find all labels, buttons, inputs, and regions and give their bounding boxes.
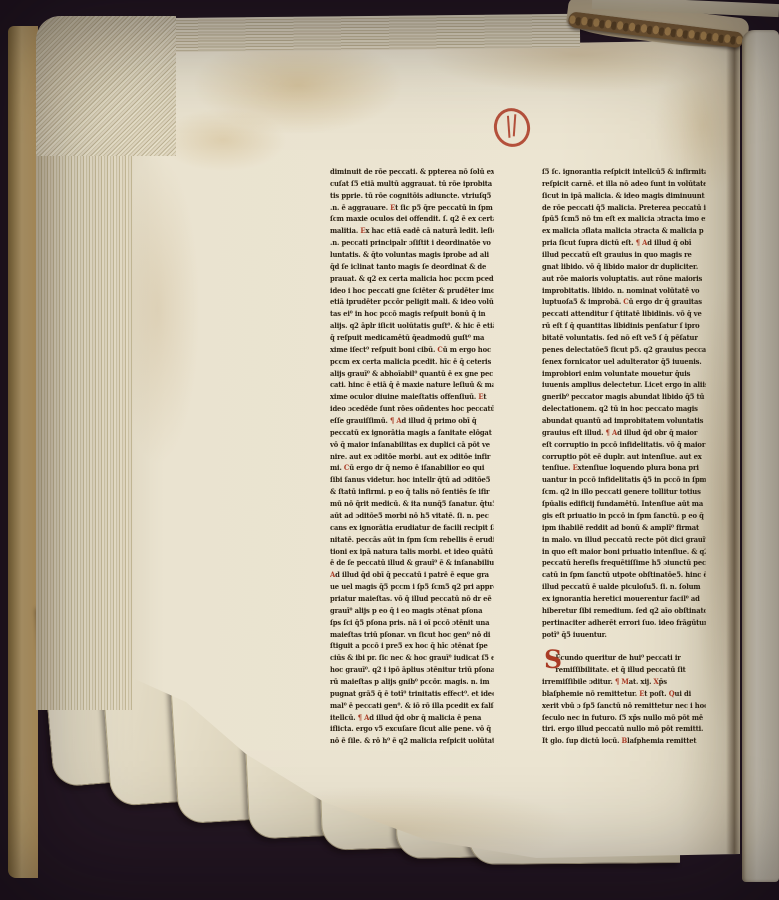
text-column-left: diminuit de rōe peccati. & ppterea nō ſo… bbox=[330, 166, 494, 747]
text-line: reſpicit carnē. et illa nō adeo ſunt in … bbox=[542, 178, 706, 190]
text-line: xime oculor diuine maieſtatis offenſiuū.… bbox=[330, 391, 494, 403]
text-line: tis pprie. tū rōe cognitōis adiuncte. vt… bbox=[330, 190, 494, 202]
text-line: illud peccatū eſt grauius in quo magis r… bbox=[542, 249, 706, 261]
text-line: etiā iprudēter pccōr peligit mali. & ide… bbox=[330, 296, 494, 308]
text-line: ſeculo nec in futuro. ſ5 xp̄s nullo mō p… bbox=[542, 712, 706, 724]
text-line: ciūs & ibi pr. ſic nec & hoc grauī⁰ iudi… bbox=[330, 652, 494, 664]
text-line: ſicut in ipā malicia. & ideo magis dimin… bbox=[542, 190, 706, 202]
text-line: ſps ſci q̄5 pſona pris. nā i oī pccō ɔtē… bbox=[330, 617, 494, 629]
text-line: ex malicia ɔflata malicia ɔtracta & mali… bbox=[542, 225, 706, 237]
text-line: It glo. ſup dictū locū. Blaſphemia remit… bbox=[542, 735, 706, 747]
text-column-right: ſ5 ſc. ignorantia reſpicit intellcū5 & i… bbox=[542, 166, 706, 747]
text-line: tioni ex ipā natura talis morbi. et ideo… bbox=[330, 546, 494, 558]
text-line: rū eſt ſ q̄ quantitas libidinis penſatur… bbox=[542, 320, 706, 332]
text-line: ſcm maxie oculos dei offendit. ſ. q2 ē e… bbox=[330, 213, 494, 225]
text-line: cati. hinc ē etiā q̄ ē maxie nature leſi… bbox=[330, 379, 494, 391]
text-line: ideo i hoc peccati gne ſciēter & prudēte… bbox=[330, 285, 494, 297]
rubric-initial: S bbox=[544, 649, 562, 671]
text-line: tiri. ergo illud peccatū nullo mō pōt re… bbox=[542, 723, 706, 735]
text-line: ſ5 ſc. ignorantia reſpicit intellcū5 & i… bbox=[542, 166, 706, 178]
text-line bbox=[542, 640, 706, 652]
text-line: diminuit de rōe peccati. & ppterea nō ſo… bbox=[330, 166, 494, 178]
text-line: mi. Cū ergo dr q̄ nemo ē iſanabilior eo … bbox=[330, 462, 494, 474]
text-line: remiſſibilitate. et q̄ illud peccatū ſit bbox=[542, 664, 706, 676]
text-line: ē de ſe peccatū illud & grauī⁰ ē & inſan… bbox=[330, 557, 494, 569]
page-edges-corner bbox=[36, 16, 176, 156]
text-line: gnat libido. vō q̄ libido maior dr dupli… bbox=[542, 261, 706, 273]
text-line: pugnat grā5 q̄ ē totī⁰ trinitatis effect… bbox=[330, 688, 494, 700]
text-line: maieſtas triū pſonar. vn ſicut hoc gen⁰ … bbox=[330, 629, 494, 641]
text-line: gis eſt priuatio in pccō in ſpm ſanctū. … bbox=[542, 510, 706, 522]
text-line: tas ei⁰ in hoc pccō magis reſpuit bonū q… bbox=[330, 308, 494, 320]
text-line: catū in ſpm ſanctū utpote obſtinatōe5. h… bbox=[542, 569, 706, 581]
text-line: hoc grauī⁰. q2 i ipō āplius ɔtēnitur tri… bbox=[330, 664, 494, 676]
text-line: cans ex ignorātia erudiatur de facili re… bbox=[330, 522, 494, 534]
text-line: aūt ad ɔditōe5 morbi nō h5 vitatē. ſi. n… bbox=[330, 510, 494, 522]
text-line: de rōe peccati q̄5 malicia. Preterea pec… bbox=[542, 202, 706, 214]
text-line: ue uel magis q̄5 pccm i ſp5 ſcm5 q2 pri … bbox=[330, 581, 494, 593]
text-line: ideo ɔcedēde ſunt rōes oñdentes hoc pecc… bbox=[330, 403, 494, 415]
text-line: pria ſicut ſupra dictū eſt. ¶ Ad illud q… bbox=[542, 237, 706, 249]
gutter-crease bbox=[726, 36, 740, 854]
text-line: in quo eſt maior boni priuatio intenſiue… bbox=[542, 546, 706, 558]
text-line: penes delectatōe5 ſicut p5. q2 grauius p… bbox=[542, 344, 706, 356]
page-edges-top bbox=[150, 14, 580, 53]
text-line: improbitatis. libido. n. nominat volūtat… bbox=[542, 285, 706, 297]
text-line: q̄d ſe iclinat tanto magis ſe deordinat … bbox=[330, 261, 494, 273]
text-line: abundat quantū ad improbitatem voluntati… bbox=[542, 415, 706, 427]
text-line: iuuenis amplius delectetur. Licet ergo i… bbox=[542, 379, 706, 391]
text-line: vō q̄ maior inſanabilitas ex duplici cā … bbox=[330, 439, 494, 451]
text-line: gnerib⁰ peccator magis abundat libido q̄… bbox=[542, 391, 706, 403]
text-line: xerit vbū ɔ ſp5 ſanctū nō remittetur nec… bbox=[542, 700, 706, 712]
text-line: Ad illud q̄d obī q̄ peccatū i patrē ē eq… bbox=[330, 569, 494, 581]
text-line: grauī⁰ alijs p eo q̄ i eo magis ɔtēnat p… bbox=[330, 605, 494, 617]
text-line: alijs grauī⁰ & abhoīabil⁰ quantū ē ex gn… bbox=[330, 368, 494, 380]
text-line: eſt corruptio in pccō infidelitatis. vō … bbox=[542, 439, 706, 451]
text-line: potī⁰ q̄5 iuuentur. bbox=[542, 629, 706, 641]
text-line: eſſe grauiſſimū. ¶ Ad illud q̄ primo obī… bbox=[330, 415, 494, 427]
text-line: improbiori enim voluntate mouetur q̄uis bbox=[542, 368, 706, 380]
text-line: alijs. q2 āplr iſicit uolūtatis guſt⁰. &… bbox=[330, 320, 494, 332]
text-line: priatur maieſtas. vō q̄ illud peccatū nō… bbox=[330, 593, 494, 605]
text-line: hiberetur ſibi remedium. ſed q2 aīo obſt… bbox=[542, 605, 706, 617]
text-line: rū maieſtas p alijs gnib⁰ pccōr. magis. … bbox=[330, 676, 494, 688]
text-line: cuſat ſ5 etiā multū aggrauat. tū rōe ipr… bbox=[330, 178, 494, 190]
text-line: nō ē ſile. & rō h⁰ ē q2 malicia reſpicit… bbox=[330, 735, 494, 747]
text-line: ſibi ſanus videtur. hoc intellr q̄tū ad … bbox=[330, 474, 494, 486]
text-line: ex ignorantia heretici mouerentur facil⁰… bbox=[542, 593, 706, 605]
facing-page-edge bbox=[742, 30, 779, 882]
text-line: grauius eſt illud. ¶ Ad illud q̄d obr q̄… bbox=[542, 427, 706, 439]
text-line: peccati attenditur ſ q̄titatē libidinis.… bbox=[542, 308, 706, 320]
text-line: itellcū. ¶ Ad illud q̄d obr q̄ malicia ē… bbox=[330, 712, 494, 724]
text-line: Ecundo queritur de hui⁰ peccati ir bbox=[542, 652, 706, 664]
text-line: tenſiue. Extenſiue loquendo plura bona p… bbox=[542, 462, 706, 474]
text-line: ſcm. q2 in illo peccati genere tollitur … bbox=[542, 486, 706, 498]
text-line: irremiſſibile ɔditur. ¶ Mat. xij. Xp̄s bbox=[542, 676, 706, 688]
text-line: nitatē. peccās aūt in ſpm ſcm rebellis ē… bbox=[330, 534, 494, 546]
text-line: mū nō q̄rit medicū. & ita nunq̄5 ſanatur… bbox=[330, 498, 494, 510]
text-line: q̄ reſpuit medicamētū q̄eadmodū guſt⁰ ma bbox=[330, 332, 494, 344]
text-line: pertinaciter adherēt errori ſuo. ideo fr… bbox=[542, 617, 706, 629]
text-line: luptuoſa5 & improbā. Cū ergo dr q̄ graui… bbox=[542, 296, 706, 308]
text-line: prauat. & q2 ex certa malicia hoc pccm p… bbox=[330, 273, 494, 285]
text-line: .n. ē aggrauare. Et ſic p5 q̄re peccatū … bbox=[330, 202, 494, 214]
text-line: peccatū ex ignorātia magis a ſanitate el… bbox=[330, 427, 494, 439]
text-line: ſenex fornicator uel adulterator q̄5 iuu… bbox=[542, 356, 706, 368]
text-line: uantur in pccō infidelitatis q̄5 in pccō… bbox=[542, 474, 706, 486]
page-edges-fore bbox=[36, 140, 132, 710]
book-photo: S diminuit de rōe peccati. & ppterea nō … bbox=[0, 0, 779, 900]
text-line: malitia. Ex hac etiā eadē cā naturā ledi… bbox=[330, 225, 494, 237]
board-edge bbox=[8, 26, 38, 878]
text-line: aut rōe maioris voluptatis. aut rōne mai… bbox=[542, 273, 706, 285]
text-line: ſtiguit a pccō i pre5 ex hoc q̄ hīc ɔtēn… bbox=[330, 640, 494, 652]
text-line: corruptio pōt eē duplr. aut intenſiue. a… bbox=[542, 451, 706, 463]
text-line: & ſtatū infirmi. p eo q̄ talis nō ſentiē… bbox=[330, 486, 494, 498]
text-line: .n. peccati principalr ɔſiſtit i deordin… bbox=[330, 237, 494, 249]
text-line: ſpū5 ſcm5 nō tm eſt ex malicia ɔtracta i… bbox=[542, 213, 706, 225]
text-line: ſpūalis edificij fundamētū. Intenſiue aū… bbox=[542, 498, 706, 510]
text-line: pccm ex certa malicia pcedit. hīc ē q̄ c… bbox=[330, 356, 494, 368]
text-line: ipm ihabilē reddit ad bonū & amplī⁰ firm… bbox=[542, 522, 706, 534]
text-line: mal⁰ ē peccati gen⁰. & iō rō illa pcedit… bbox=[330, 700, 494, 712]
text-line: nire. aut ex ɔditōe morbi. aut ex ɔditōe… bbox=[330, 451, 494, 463]
text-line: delectationem. q2 tū in hoc peccato magi… bbox=[542, 403, 706, 415]
text-line: peccatū hereſis frequētiſſime h5 ɔiunctū… bbox=[542, 557, 706, 569]
text-line: luntatis. & q̄to voluntas magis iprobe a… bbox=[330, 249, 494, 261]
text-line: xime iſect⁰ reſpuit boni cibū. Cū m ergo… bbox=[330, 344, 494, 356]
text-line: blaſphemie nō remittetur. Et poſt. Qui d… bbox=[542, 688, 706, 700]
text-line: in malo. vn illud peccatū recte pōt dici… bbox=[542, 534, 706, 546]
text-line: iflicta. ergo v5 excuſare ſicut alie pen… bbox=[330, 723, 494, 735]
text-line: illud peccatū ē ualde piculoſu5. ſi. n. … bbox=[542, 581, 706, 593]
text-line: bitatē voluntatis. ſed nō eſt ve5 ſ q̄ p… bbox=[542, 332, 706, 344]
